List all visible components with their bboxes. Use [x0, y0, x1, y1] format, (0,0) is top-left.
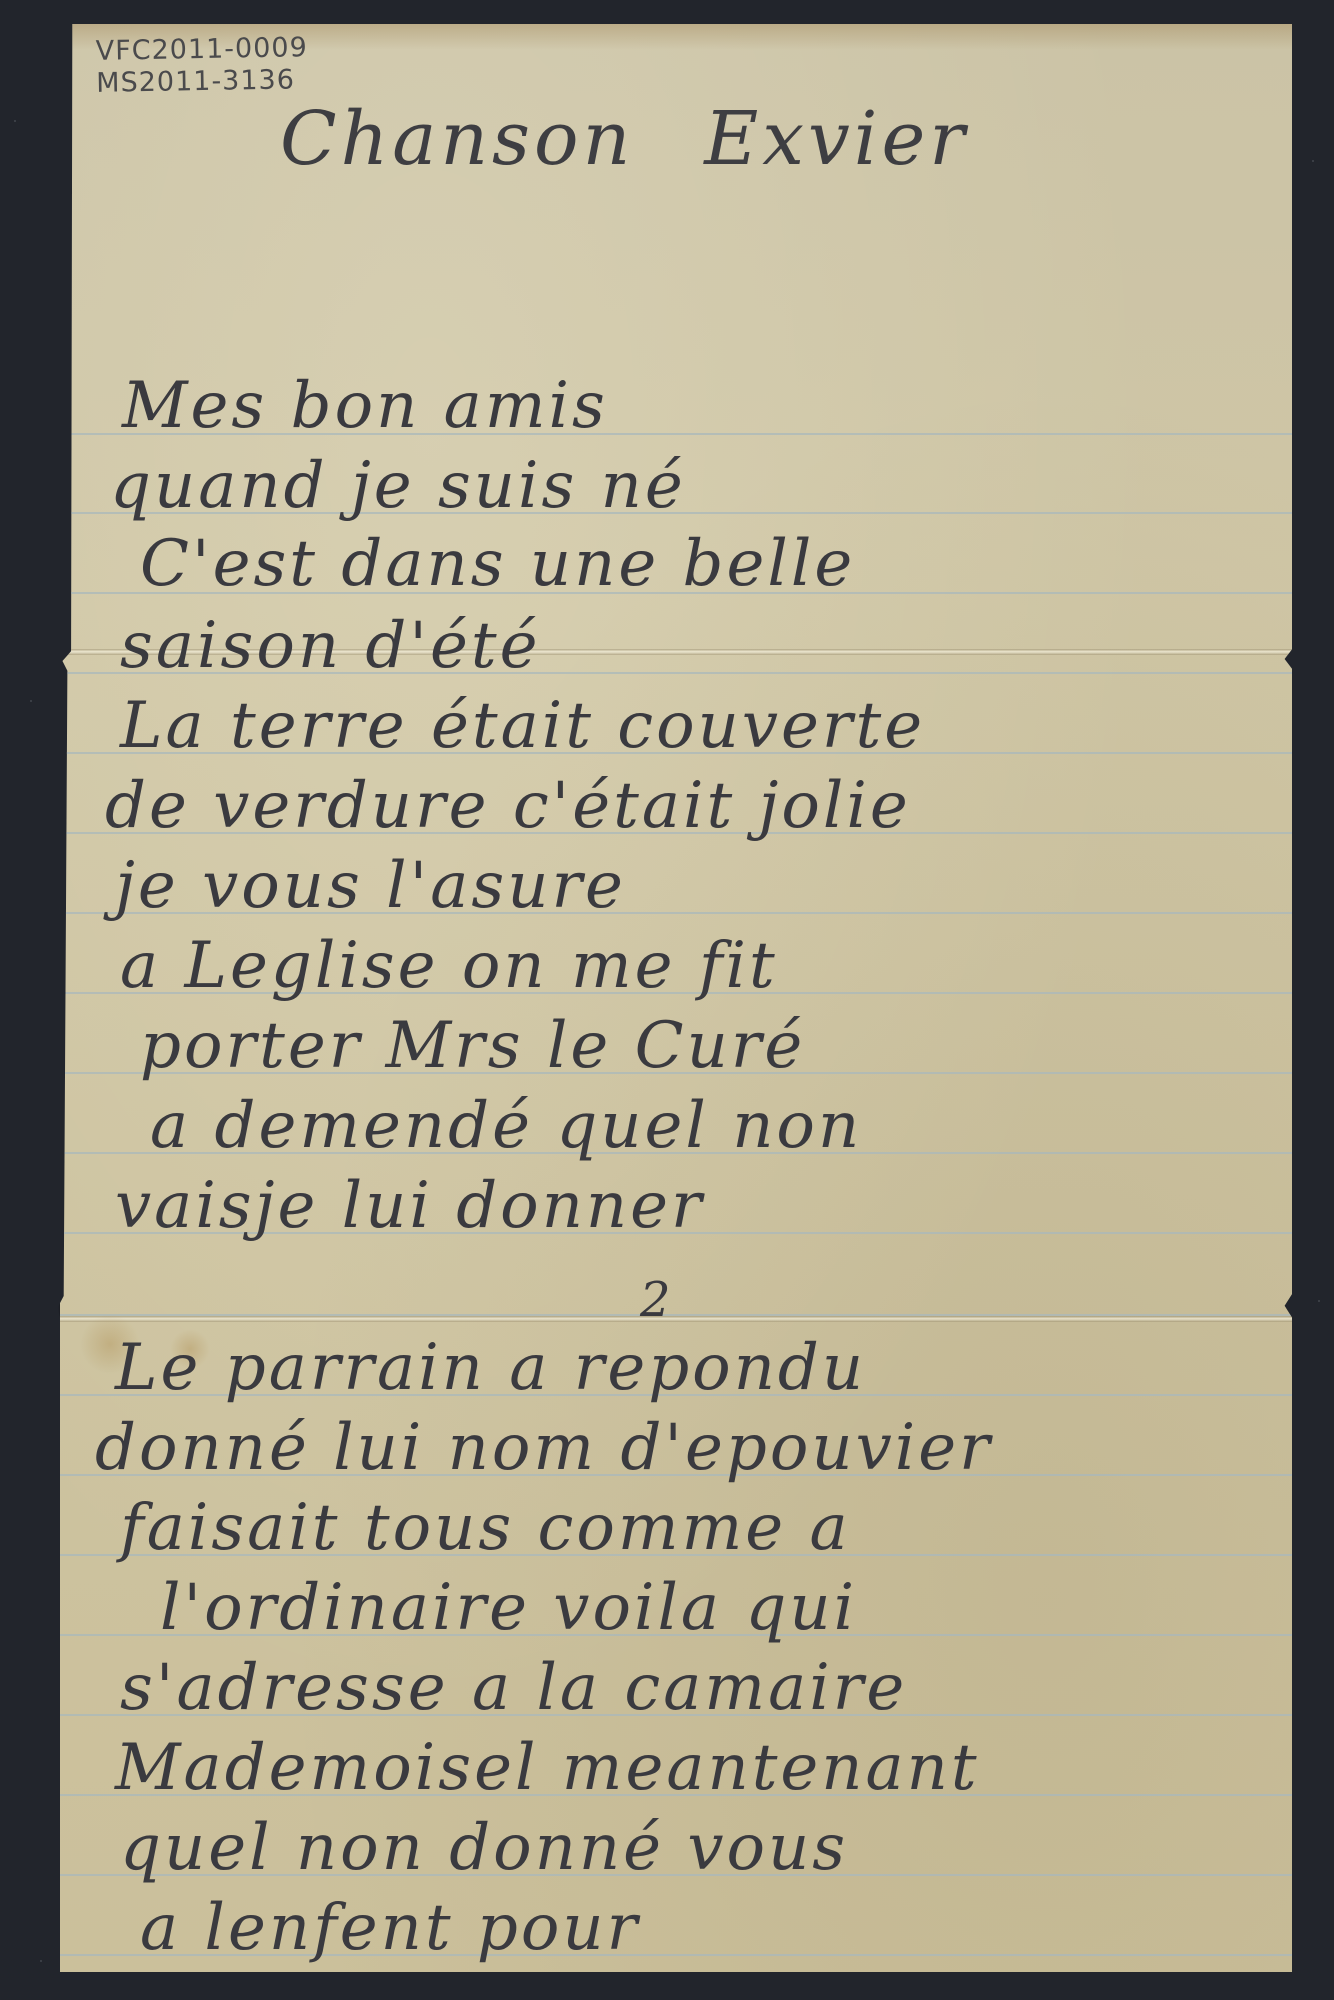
lyric-line: Le parrain a repondu — [115, 1336, 866, 1400]
manuscript-page: VFC2011-0009 MS2011-3136 ChansonExvier M… — [60, 24, 1292, 1972]
title-word-chanson: Chanson — [280, 96, 634, 182]
page-marker: 2 — [640, 1272, 671, 1328]
dust-speck — [1318, 1300, 1320, 1302]
lyric-line: quand je suis né — [110, 454, 686, 518]
catalog-numbers: VFC2011-0009 MS2011-3136 — [95, 32, 308, 100]
lyric-line: C'est dans une belle — [140, 532, 855, 596]
catalog-number-ms: MS2011-3136 — [96, 64, 309, 100]
lyric-line: l'ordinaire voila qui — [160, 1576, 857, 1640]
lyric-line: porter Mrs le Curé — [140, 1014, 805, 1078]
lyric-line: de verdure c'était jolie — [105, 774, 911, 838]
fold-crease — [60, 1316, 1292, 1322]
lyric-line: La terre était couverte — [120, 694, 925, 758]
lyric-line: s'adresse a la camaire — [120, 1656, 907, 1720]
dust-speck — [14, 120, 16, 122]
dust-speck — [1312, 160, 1314, 162]
lyric-line: vaisje lui donner — [115, 1174, 705, 1238]
lyric-line: Mademoisel meantenant — [115, 1736, 980, 1800]
lyric-line: Mes bon amis — [122, 374, 608, 438]
lyric-line: donné lui nom d'epouvier — [95, 1416, 993, 1480]
lyric-line: quel non donné vous — [120, 1816, 848, 1880]
lyric-line: a lenfent pour — [140, 1896, 640, 1960]
dust-speck — [30, 700, 32, 702]
lyric-line: a Leglise on me fit — [120, 934, 778, 998]
catalog-number-vfc: VFC2011-0009 — [95, 32, 308, 68]
title-word-exvier: Exvier — [704, 96, 968, 182]
song-title: ChansonExvier — [280, 96, 969, 182]
dust-speck — [40, 1960, 42, 1962]
lyric-line: faisait tous comme a — [120, 1496, 851, 1560]
lyric-line: je vous l'asure — [115, 854, 626, 918]
lyric-line: saison d'été — [120, 614, 540, 678]
lyric-line: a demendé quel non — [150, 1094, 862, 1158]
